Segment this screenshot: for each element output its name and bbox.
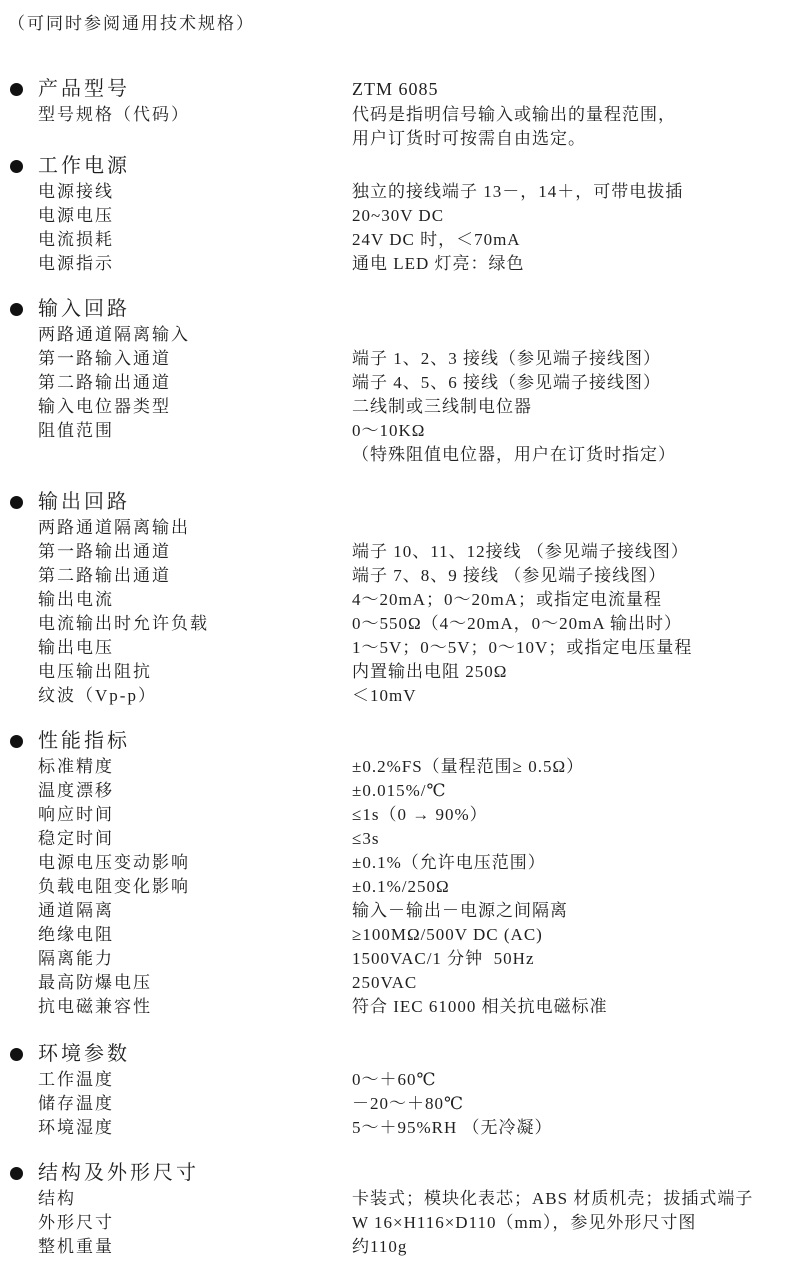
spec-row: 负载电阻变化影响±0.1%/250Ω [0,875,790,899]
spec-value: ±0.015%/℃ [352,779,446,803]
spec-row: 通道隔离输入－输出－电源之间隔离 [0,899,790,923]
spec-row: 电流损耗24V DC 时，＜70mA [0,228,790,252]
spec-label: 抗电磁兼容性 [38,995,352,1019]
section-bullet-icon [10,160,23,173]
spec-value: ±0.1%/250Ω [352,875,450,899]
spec-row: 输出电压1～5V；0～5V；0～10V；或指定电压量程 [0,636,790,660]
spec-sections-container: 产品型号ZTM 6085型号规格（代码）代码是指明信号输入或输出的量程范围，用户… [0,76,790,1259]
spec-value: 20~30V DC [352,204,444,228]
spec-row: 响应时间≤1s（0 → 90%） [0,803,790,827]
section-header: 结构及外形尺寸 [0,1160,790,1187]
spec-row: 纹波（Vp-p）＜10mV [0,684,790,708]
section-bullet-icon [10,83,23,96]
section-bullet-icon [10,1048,23,1061]
spec-section: 输入回路两路通道隔离输入第一路输入通道端子 1、2、3 接线（参见端子接线图）第… [0,296,790,467]
spec-row: 稳定时间≤3s [0,827,790,851]
spec-label: 负载电阻变化影响 [38,875,352,899]
spec-value: 250VAC [352,971,417,995]
spec-label: 第一路输出通道 [38,540,352,564]
section-title: 结构及外形尺寸 [38,1160,352,1187]
section-header: 产品型号ZTM 6085 [0,76,790,103]
section-bullet-icon [10,735,23,748]
spec-label: 整机重量 [38,1235,352,1259]
section-bullet-icon [10,303,23,316]
spec-value: 符合 IEC 61000 相关抗电磁标准 [352,995,608,1019]
spec-label: 第二路输出通道 [38,564,352,588]
spec-label: 温度漂移 [38,779,352,803]
spec-row: 电流输出时允许负载0～550Ω（4～20mA，0～20mA 输出时） [0,612,790,636]
spec-row: 外形尺寸W 16×H116×D110（mm），参见外形尺寸图 [0,1211,790,1235]
spec-label: 两路通道隔离输出 [38,516,352,540]
spec-value: W 16×H116×D110（mm），参见外形尺寸图 [352,1211,696,1235]
spec-section: 工作电源电源接线独立的接线端子 13－，14＋，可带电拔插电源电压20~30V … [0,153,790,276]
spec-label: 纹波（Vp-p） [38,684,352,708]
spec-row: 输出电流4～20mA；0～20mA；或指定电流量程 [0,588,790,612]
spec-row: 第二路输出通道端子 7、8、9 接线 （参见端子接线图） [0,564,790,588]
section-value: ZTM 6085 [352,76,439,103]
spec-label: 电源接线 [38,180,352,204]
spec-value: ±0.2%FS（量程范围≥ 0.5Ω） [352,755,584,779]
spec-row: 隔离能力1500VAC/1 分钟 50Hz [0,947,790,971]
spec-value: 内置输出电阻 250Ω [352,660,507,684]
spec-row: 型号规格（代码）代码是指明信号输入或输出的量程范围，用户订货时可按需自由选定。 [0,103,790,151]
section-title: 环境参数 [38,1041,352,1068]
spec-row: 输入电位器类型二线制或三线制电位器 [0,395,790,419]
spec-label: 通道隔离 [38,899,352,923]
spec-row: 电源电压20~30V DC [0,204,790,228]
spec-row: 结构卡装式；模块化表芯；ABS 材质机壳；拔插式端子 [0,1187,790,1211]
spec-row: （特殊阻值电位器，用户在订货时指定） [0,443,790,467]
spec-document-page: （可同时参阅通用技术规格） 产品型号ZTM 6085型号规格（代码）代码是指明信… [0,0,790,1275]
spec-value: 约110g [352,1235,407,1259]
spec-value-line: 代码是指明信号输入或输出的量程范围， [352,103,676,127]
spec-row: 两路通道隔离输出 [0,516,790,540]
spec-section: 环境参数工作温度0～＋60℃储存温度－20～＋80℃环境湿度5～＋95%RH （… [0,1041,790,1140]
spec-label: 输出电压 [38,636,352,660]
section-bullet-icon [10,496,23,509]
spec-value: 端子 7、8、9 接线 （参见端子接线图） [352,564,666,588]
spec-label: 电源电压变动影响 [38,851,352,875]
spec-value: 输入－输出－电源之间隔离 [352,899,568,923]
spec-row: 两路通道隔离输入 [0,323,790,347]
section-header: 性能指标 [0,728,790,755]
spec-label: 输出电流 [38,588,352,612]
spec-value: ＜10mV [352,684,417,708]
spec-row: 电源电压变动影响±0.1%（允许电压范围） [0,851,790,875]
spec-section: 输出回路两路通道隔离输出第一路输出通道端子 10、11、12接线 （参见端子接线… [0,489,790,708]
spec-value: 二线制或三线制电位器 [352,395,532,419]
spec-label: 两路通道隔离输入 [38,323,352,347]
spec-value: 独立的接线端子 13－，14＋，可带电拔插 [352,180,683,204]
spec-row: 最高防爆电压250VAC [0,971,790,995]
spec-label: 最高防爆电压 [38,971,352,995]
spec-value: ≤3s [352,827,379,851]
spec-label: 电源指示 [38,252,352,276]
spec-value: 0～＋60℃ [352,1068,437,1092]
spec-label [38,443,352,467]
spec-value: ≤1s（0 → 90%） [352,803,488,827]
spec-row: 温度漂移±0.015%/℃ [0,779,790,803]
spec-label: 稳定时间 [38,827,352,851]
section-header: 输入回路 [0,296,790,323]
spec-label: 结构 [38,1187,352,1211]
spec-value: ≥100MΩ/500V DC (AC) [352,923,543,947]
section-title: 输出回路 [38,489,352,516]
spec-label: 外形尺寸 [38,1211,352,1235]
spec-value: ±0.1%（允许电压范围） [352,851,546,875]
spec-label: 储存温度 [38,1092,352,1116]
spec-section: 结构及外形尺寸结构卡装式；模块化表芯；ABS 材质机壳；拔插式端子外形尺寸W 1… [0,1160,790,1259]
spec-value-line: 用户订货时可按需自由选定。 [352,127,676,151]
spec-label: 电流损耗 [38,228,352,252]
section-header: 输出回路 [0,489,790,516]
spec-value: 4～20mA；0～20mA；或指定电流量程 [352,588,662,612]
spec-label: 标准精度 [38,755,352,779]
spec-section: 性能指标标准精度±0.2%FS（量程范围≥ 0.5Ω）温度漂移±0.015%/℃… [0,728,790,1019]
spec-row: 电源接线独立的接线端子 13－，14＋，可带电拔插 [0,180,790,204]
spec-row: 阻值范围0～10KΩ [0,419,790,443]
spec-label: 阻值范围 [38,419,352,443]
spec-value: 5～＋95%RH （无冷凝） [352,1116,553,1140]
spec-row: 第一路输入通道端子 1、2、3 接线（参见端子接线图） [0,347,790,371]
spec-row: 环境湿度5～＋95%RH （无冷凝） [0,1116,790,1140]
spec-label: 工作温度 [38,1068,352,1092]
section-title: 工作电源 [38,153,352,180]
spec-label: 电源电压 [38,204,352,228]
spec-value: 卡装式；模块化表芯；ABS 材质机壳；拔插式端子 [352,1187,753,1211]
spec-row: 第二路输出通道端子 4、5、6 接线（参见端子接线图） [0,371,790,395]
spec-row: 储存温度－20～＋80℃ [0,1092,790,1116]
spec-value: 通电 LED 灯亮：绿色 [352,252,525,276]
section-title: 输入回路 [38,296,352,323]
spec-section: 产品型号ZTM 6085型号规格（代码）代码是指明信号输入或输出的量程范围，用户… [0,76,790,151]
section-bullet-icon [10,1167,23,1180]
spec-label: 绝缘电阻 [38,923,352,947]
spec-value: 0～550Ω（4～20mA，0～20mA 输出时） [352,612,682,636]
spec-value: 端子 4、5、6 接线（参见端子接线图） [352,371,661,395]
spec-row: 电压输出阻抗内置输出电阻 250Ω [0,660,790,684]
spec-label: 响应时间 [38,803,352,827]
spec-row: 绝缘电阻≥100MΩ/500V DC (AC) [0,923,790,947]
spec-value: 1500VAC/1 分钟 50Hz [352,947,535,971]
spec-row: 工作温度0～＋60℃ [0,1068,790,1092]
spec-label: 电流输出时允许负载 [38,612,352,636]
section-header: 工作电源 [0,153,790,180]
section-header: 环境参数 [0,1041,790,1068]
document-note: （可同时参阅通用技术规格） [8,12,790,36]
spec-value: 端子 1、2、3 接线（参见端子接线图） [352,347,661,371]
section-title: 性能指标 [38,728,352,755]
spec-row: 抗电磁兼容性符合 IEC 61000 相关抗电磁标准 [0,995,790,1019]
spec-label: 输入电位器类型 [38,395,352,419]
spec-label: 电压输出阻抗 [38,660,352,684]
spec-value: 端子 10、11、12接线 （参见端子接线图） [352,540,689,564]
spec-value: 代码是指明信号输入或输出的量程范围，用户订货时可按需自由选定。 [352,103,676,151]
spec-label: 第一路输入通道 [38,347,352,371]
spec-value: （特殊阻值电位器，用户在订货时指定） [352,443,676,467]
spec-value: 0～10KΩ [352,419,425,443]
spec-value: 1～5V；0～5V；0～10V；或指定电压量程 [352,636,692,660]
spec-value: 24V DC 时，＜70mA [352,228,521,252]
spec-value: －20～＋80℃ [352,1092,464,1116]
spec-row: 标准精度±0.2%FS（量程范围≥ 0.5Ω） [0,755,790,779]
spec-label: 第二路输出通道 [38,371,352,395]
spec-row: 电源指示通电 LED 灯亮：绿色 [0,252,790,276]
spec-row: 整机重量约110g [0,1235,790,1259]
spec-label: 环境湿度 [38,1116,352,1140]
section-title: 产品型号 [38,76,352,103]
spec-label: 型号规格（代码） [38,103,352,151]
spec-label: 隔离能力 [38,947,352,971]
spec-row: 第一路输出通道端子 10、11、12接线 （参见端子接线图） [0,540,790,564]
